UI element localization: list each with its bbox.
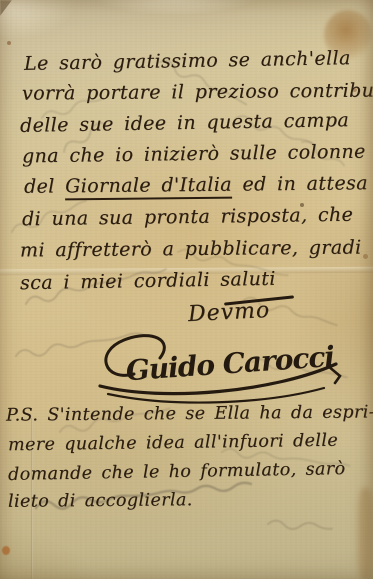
- valediction: Devmo: [187, 298, 270, 327]
- letter-line-5-post: ed in attesa: [242, 172, 368, 195]
- letter-line-8: sca i miei cordiali saluti: [20, 268, 276, 294]
- ps-line-1: P.S. S'intende che se Ella ha da espri-: [6, 402, 373, 425]
- stain-speck-small-4: [363, 254, 368, 259]
- letter-photo: Le sarò gratissimo se anch'ella vorrà po…: [0, 0, 373, 579]
- stain-bottom-right-edge: [358, 488, 373, 579]
- ps-line-3: domande che le ho formulato, sarò: [8, 459, 346, 485]
- signature-name: Guido Carocci: [125, 340, 336, 387]
- letter-line-6: di una sua pronta risposta, che: [22, 204, 354, 231]
- letter-line-5-pre: del: [24, 175, 65, 197]
- giornale-ditalia-underlined: Giornale d'Italia: [65, 174, 232, 201]
- stain-left-speck: [2, 546, 10, 555]
- torn-corner-top-left: [0, 0, 12, 16]
- letter-line-7: mi affretterò a pubblicare, gradi: [20, 237, 362, 262]
- stain-speck-small-1: [7, 41, 11, 45]
- signature-block: Guido Carocci: [90, 324, 346, 408]
- letter-line-2: vorrà portare il prezioso contributo: [22, 79, 373, 104]
- ps-line-4: lieto di accoglierla.: [8, 490, 193, 512]
- letter-line-3: delle sue idee in questa campa: [20, 109, 349, 137]
- letter-line-4: gna che io inizierò sulle colonne: [22, 141, 366, 168]
- letter-line-5: del Giornale d'Italia ed in attesa: [24, 172, 368, 198]
- signature-flourish: Guido Carocci: [90, 324, 346, 408]
- letter-line-1: Le sarò gratissimo se anch'ella: [24, 47, 351, 75]
- ps-line-2: mere qualche idea all'infuori delle: [8, 431, 338, 456]
